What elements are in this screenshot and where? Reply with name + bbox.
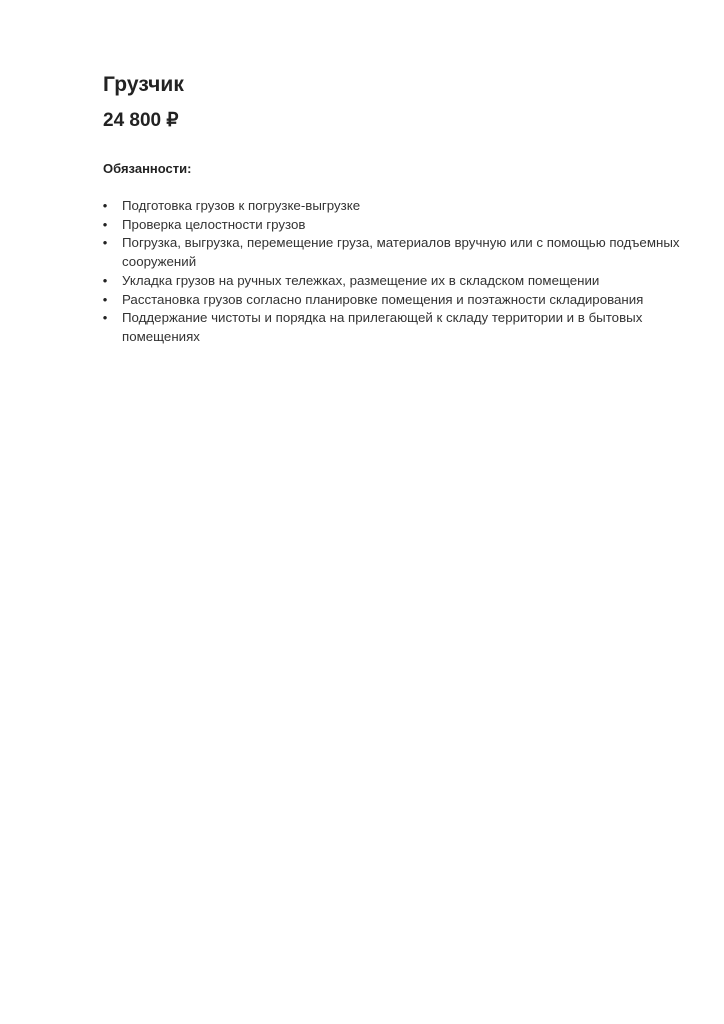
duty-item: • Проверка целостности грузов: [103, 216, 693, 235]
duty-item: • Погрузка, выгрузка, перемещение груза,…: [103, 234, 693, 271]
bullet-icon: •: [101, 216, 109, 235]
bullet-icon: •: [101, 291, 109, 310]
duty-item: • Поддержание чистоты и порядка на приле…: [103, 309, 693, 346]
duty-item: • Подготовка грузов к погрузке-выгрузке: [103, 197, 693, 216]
duty-item: • Укладка грузов на ручных тележках, раз…: [103, 272, 693, 291]
duties-list: • Подготовка грузов к погрузке-выгрузке …: [103, 197, 693, 347]
duty-text: Подготовка грузов к погрузке-выгрузке: [122, 198, 360, 213]
duty-text: Укладка грузов на ручных тележках, разме…: [122, 273, 599, 288]
bullet-icon: •: [101, 309, 109, 328]
bullet-icon: •: [101, 272, 109, 291]
duty-text: Расстановка грузов согласно планировке п…: [122, 292, 643, 307]
duty-text: Погрузка, выгрузка, перемещение груза, м…: [122, 235, 680, 269]
duty-item: • Расстановка грузов согласно планировке…: [103, 291, 693, 310]
duties-heading: Обязанности:: [103, 160, 693, 178]
bullet-icon: •: [101, 197, 109, 216]
job-title: Грузчик: [103, 70, 693, 100]
duty-text: Поддержание чистоты и порядка на прилега…: [122, 310, 642, 344]
salary: 24 800 ₽: [103, 108, 693, 134]
duty-text: Проверка целостности грузов: [122, 217, 305, 232]
bullet-icon: •: [101, 234, 109, 253]
vacancy-document: Грузчик 24 800 ₽ Обязанности: • Подготов…: [103, 70, 693, 347]
